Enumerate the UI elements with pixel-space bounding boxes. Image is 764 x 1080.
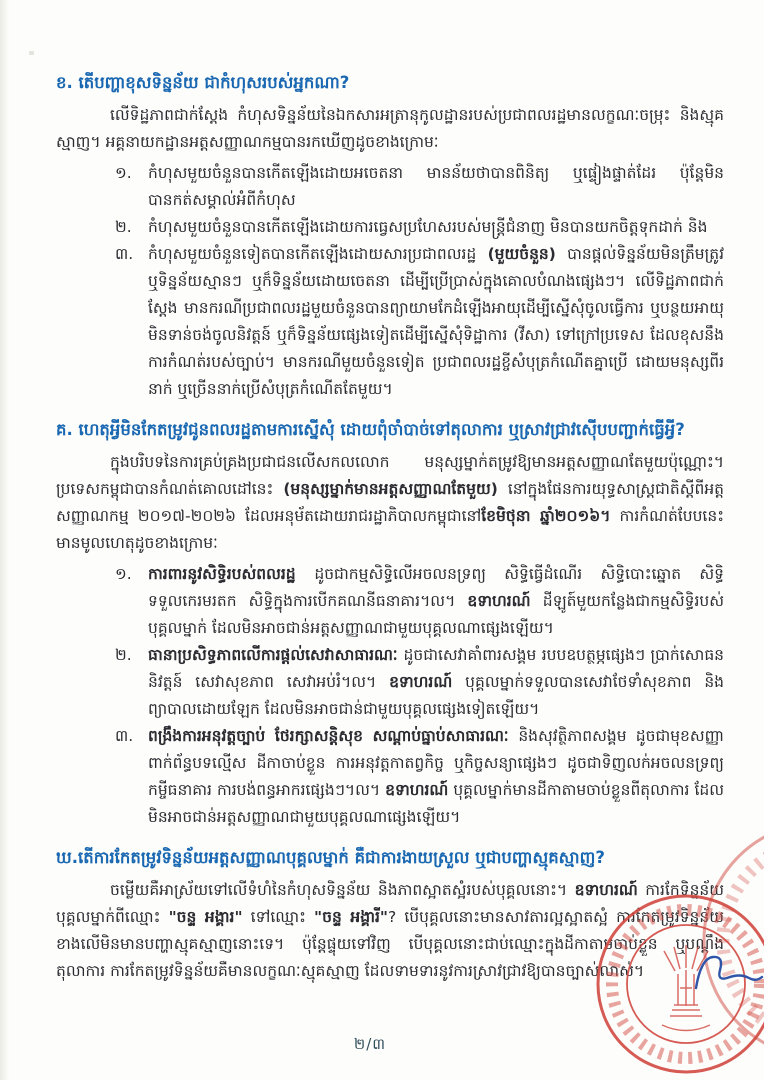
- list-item-text: កំហុសមួយចំនួនបានកើតឡើងដោយអចេតនា មានន័យថា…: [148, 164, 724, 209]
- text-run: កំហុសមួយចំនួនទៀតបានកើតឡើងដោយសារប្រជាពលរដ…: [148, 245, 488, 263]
- section-b-list: ១. កំហុសមួយចំនួនបានកើតឡើងដោយអចេតនា មានន័…: [56, 160, 724, 403]
- text-run: ធានាប្រសិទ្ធភាពលើការផ្តល់សេវាសាធារណៈ: [148, 646, 404, 664]
- section-gh-paragraph: ចម្លើយគឺអាស្រ័យទៅលើទំហំនៃកំហុសទិន្នន័យ ន…: [56, 877, 724, 985]
- text-run: ឧទាហរណ៍: [385, 781, 448, 799]
- list-item-text: កំហុសមួយចំនួនបានកើតឡើងដោយការធ្វេសប្រហែសរ…: [148, 218, 707, 236]
- list-item-text: ពង្រឹងការអនុវត្តច្បាប់ ថែរក្សាសន្តិសុខ ស…: [148, 727, 724, 826]
- text-run: ឧទាហរណ៍: [467, 592, 530, 610]
- section-g-list: ១. ការពារនូវសិទ្ធិរបស់ពលរដ្ឋ ដូចជាកម្មសិ…: [56, 561, 724, 831]
- section-g-heading: គ. ហេតុអ្វីមិនកែតម្រូវជូនពលរដ្ឋតាមការស្ន…: [56, 417, 724, 442]
- text-run: (មនុស្សម្នាក់មានអត្តសញ្ញាណតែមួយ): [283, 480, 498, 498]
- section-b-heading: ខ. តើបញ្ហាខុសទិន្នន័យ ជាកំហុសរបស់អ្នកណា?: [56, 70, 724, 95]
- list-item: ១. កំហុសមួយចំនួនបានកើតឡើងដោយអចេតនា មានន័…: [56, 160, 724, 214]
- text-run: "ចន្ទ អង្គារ": [169, 908, 243, 926]
- document-content: ខ. តើបញ្ហាខុសទិន្នន័យ ជាកំហុសរបស់អ្នកណា?…: [0, 0, 764, 985]
- document-page: ខ. តើបញ្ហាខុសទិន្នន័យ ជាកំហុសរបស់អ្នកណា?…: [0, 0, 764, 1080]
- list-item-number: ២.: [115, 214, 132, 241]
- page-number: ២/៣: [0, 1035, 740, 1057]
- list-item: ១. ការពារនូវសិទ្ធិរបស់ពលរដ្ឋ ដូចជាកម្មសិ…: [56, 561, 724, 642]
- text-run: ឧទាហរណ៍: [575, 881, 638, 899]
- text-run: បានផ្តល់ទិន្នន័យមិនត្រឹមត្រូវ ឬទិន្នន័យស…: [148, 245, 724, 398]
- list-item: ៣. កំហុសមួយចំនួនទៀតបានកើតឡើងដោយសារប្រជាព…: [56, 241, 724, 403]
- text-run: លើទិដ្ឋភាពជាក់ស្តែង កំហុសទិន្នន័យនៃឯកសារ…: [56, 106, 724, 151]
- text-run: ខែមិថុនា ឆ្នាំ២០១៦។: [481, 507, 610, 525]
- list-item-number: ១.: [115, 160, 132, 187]
- section-g-intro: ក្នុងបរិបទនៃការគ្រប់គ្រងប្រជាជនលើសកលលោក …: [56, 449, 724, 557]
- list-item-number: ២.: [115, 642, 132, 669]
- section-gh-heading: ឃ.តើការកែតម្រូវទិន្នន័យអត្តសញ្ញាណបុគ្គលម…: [56, 845, 724, 870]
- text-run: ការពារនូវសិទ្ធិរបស់ពលរដ្ឋ: [148, 565, 314, 583]
- text-run: កំហុសមួយចំនួនបានកើតឡើងដោយការធ្វេសប្រហែសរ…: [148, 218, 707, 236]
- list-item-text: កំហុសមួយចំនួនទៀតបានកើតឡើងដោយសារប្រជាពលរដ…: [148, 245, 724, 398]
- text-run: ឧទាហរណ៍: [389, 673, 452, 691]
- list-item-number: ១.: [115, 561, 132, 588]
- list-item-number: ៣.: [115, 723, 133, 750]
- text-run: (មួយចំនួន): [488, 245, 556, 263]
- list-item: ២. ធានាប្រសិទ្ធភាពលើការផ្តល់សេវាសាធារណៈ …: [56, 642, 724, 723]
- text-run: "ចន្ទ អង្គារី": [314, 908, 388, 926]
- text-run: កំហុសមួយចំនួនបានកើតឡើងដោយអចេតនា មានន័យថា…: [148, 164, 724, 209]
- text-run: ទៅឈ្មោះ: [243, 908, 315, 926]
- list-item: ២. កំហុសមួយចំនួនបានកើតឡើងដោយការធ្វេសប្រហ…: [56, 214, 724, 241]
- list-item-text: ការពារនូវសិទ្ធិរបស់ពលរដ្ឋ ដូចជាកម្មសិទ្ធ…: [148, 565, 724, 637]
- text-run: ចម្លើយគឺអាស្រ័យទៅលើទំហំនៃកំហុសទិន្នន័យ ន…: [110, 881, 575, 899]
- section-b-intro: លើទិដ្ឋភាពជាក់ស្តែង កំហុសទិន្នន័យនៃឯកសារ…: [56, 102, 724, 156]
- list-item: ៣. ពង្រឹងការអនុវត្តច្បាប់ ថែរក្សាសន្តិសុ…: [56, 723, 724, 831]
- list-item-text: ធានាប្រសិទ្ធភាពលើការផ្តល់សេវាសាធារណៈ ដូច…: [148, 646, 724, 718]
- text-run: ពង្រឹងការអនុវត្តច្បាប់ ថែរក្សាសន្តិសុខ ស…: [148, 727, 518, 745]
- list-item-number: ៣.: [115, 241, 133, 268]
